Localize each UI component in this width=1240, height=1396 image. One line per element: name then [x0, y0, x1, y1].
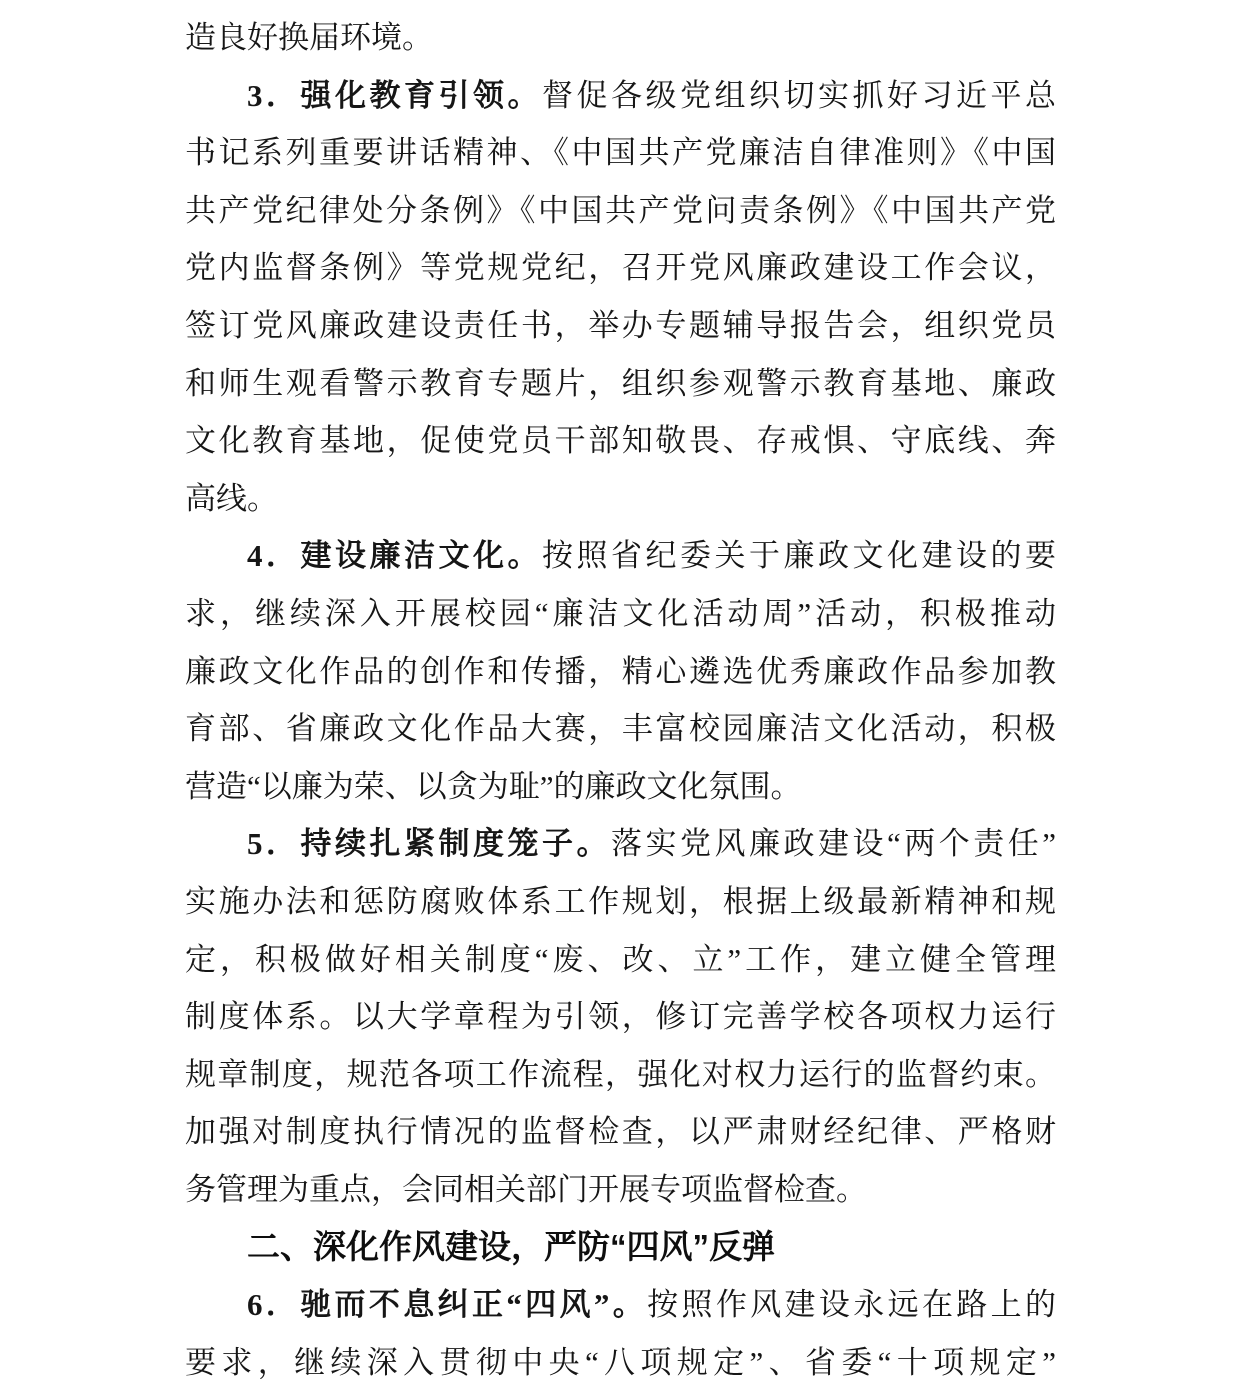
item-5-text: 实施办法和惩防腐败体系工作规划，根据上级最新精神和规 [185, 884, 1056, 919]
item-5-leader: 5．持续扎紧制度笼子。 [247, 826, 611, 861]
text-line: 文化教育基地，促使党员干部知敬畏、存戒惧、守底线、奔 [185, 412, 1056, 470]
text-line: 党内监督条例》等党规党纪，召开党风廉政建设工作会议， [185, 239, 1056, 297]
item-4-leader: 4．建设廉洁文化。 [247, 538, 542, 573]
item-5-text: 落实党风廉政建设“两个责任” [611, 826, 1056, 861]
item-6-text: 按照作风建设永远在路上的 [647, 1287, 1056, 1322]
item-4-text: 营造“以廉为荣、以贪为耻”的廉政文化氛围。 [185, 769, 802, 804]
text-line: 实施办法和惩防腐败体系工作规划，根据上级最新精神和规 [185, 873, 1056, 931]
item-6-leader: 6．驰而不息纠正“四风”。 [247, 1287, 647, 1322]
item-4-text: 按照省纪委关于廉政文化建设的要 [542, 538, 1056, 573]
item-3-text: 共产党纪律处分条例》《中国共产党问责条例》《中国共产党 [185, 193, 1056, 228]
item-3-text: 高线。 [185, 481, 278, 516]
text-line: 定，积极做好相关制度“废、改、立”工作，建立健全管理 [185, 931, 1056, 989]
item-3-text: 党内监督条例》等党规党纪，召开党风廉政建设工作会议， [185, 250, 1056, 285]
item-3-leader: 3．强化教育引领。 [247, 78, 542, 113]
text-line: 廉政文化作品的创作和传播，精心遴选优秀廉政作品参加教 [185, 643, 1056, 701]
text-line: 营造“以廉为荣、以贪为耻”的廉政文化氛围。 [185, 758, 1056, 816]
item-5-text: 规章制度，规范各项工作流程，强化对权力运行的监督约束。 [185, 1057, 1056, 1092]
item-4-text: 育部、省廉政文化作品大赛，丰富校园廉洁文化活动，积极 [185, 711, 1056, 746]
text-line: 高线。 [185, 470, 1056, 528]
text-line: 5．持续扎紧制度笼子。落实党风廉政建设“两个责任” [185, 815, 1056, 873]
item-3-text: 督促各级党组织切实抓好习近平总 [542, 78, 1056, 113]
text-line: 和师生观看警示教育专题片，组织参观警示教育基地、廉政 [185, 355, 1056, 413]
text-line: 务管理为重点，会同相关部门开展专项监督检查。 [185, 1161, 1056, 1219]
item-3-text: 和师生观看警示教育专题片，组织参观警示教育基地、廉政 [185, 366, 1056, 401]
section-heading-text: 二、深化作风建设，严防“四风”反弹 [247, 1228, 775, 1265]
text-line: 书记系列重要讲话精神、《中国共产党廉洁自律准则》《中国 [185, 124, 1056, 182]
text-line: 造良好换届环境。 [185, 9, 1056, 67]
item-4-text: 求，继续深入开展校园“廉洁文化活动周”活动，积极推动 [185, 596, 1056, 631]
item-5-text: 定，积极做好相关制度“废、改、立”工作，建立健全管理 [185, 942, 1056, 977]
text-line: 规章制度，规范各项工作流程，强化对权力运行的监督约束。 [185, 1046, 1056, 1104]
text-line: 3．强化教育引领。督促各级党组织切实抓好习近平总 [185, 67, 1056, 125]
document-page: 造良好换届环境。 3．强化教育引领。督促各级党组织切实抓好习近平总 书记系列重要… [0, 0, 1240, 1396]
text-line: 制度体系。以大学章程为引领，修订完善学校各项权力运行 [185, 988, 1056, 1046]
item-3-text: 签订党风廉政建设责任书，举办专题辅导报告会，组织党员 [185, 308, 1056, 343]
text-line: 育部、省廉政文化作品大赛，丰富校园廉洁文化活动，积极 [185, 700, 1056, 758]
item-5-text: 制度体系。以大学章程为引领，修订完善学校各项权力运行 [185, 999, 1056, 1034]
text-line: 加强对制度执行情况的监督检查，以严肃财经纪律、严格财 [185, 1103, 1056, 1161]
item-3-text: 书记系列重要讲话精神、《中国共产党廉洁自律准则》《中国 [185, 135, 1056, 170]
paragraph-continuation-text: 造良好换届环境。 [185, 20, 433, 55]
item-5-text: 务管理为重点，会同相关部门开展专项监督检查。 [185, 1172, 867, 1207]
item-4-text: 廉政文化作品的创作和传播，精心遴选优秀廉政作品参加教 [185, 654, 1056, 689]
text-line: 6．驰而不息纠正“四风”。按照作风建设永远在路上的 [185, 1276, 1056, 1334]
item-3-text: 文化教育基地，促使党员干部知敬畏、存戒惧、守底线、奔 [185, 423, 1056, 458]
text-line: 签订党风廉政建设责任书，举办专题辅导报告会，组织党员 [185, 297, 1056, 355]
text-line: 4．建设廉洁文化。按照省纪委关于廉政文化建设的要 [185, 527, 1056, 585]
item-6-text: 要求，继续深入贯彻中央“八项规定”、省委“十项规定” [185, 1345, 1056, 1380]
item-5-text: 加强对制度执行情况的监督检查，以严肃财经纪律、严格财 [185, 1114, 1056, 1149]
section-heading: 二、深化作风建设，严防“四风”反弹 [185, 1218, 1056, 1276]
text-line: 求，继续深入开展校园“廉洁文化活动周”活动，积极推动 [185, 585, 1056, 643]
text-line: 要求，继续深入贯彻中央“八项规定”、省委“十项规定” [185, 1334, 1056, 1392]
text-line: 共产党纪律处分条例》《中国共产党问责条例》《中国共产党 [185, 182, 1056, 240]
